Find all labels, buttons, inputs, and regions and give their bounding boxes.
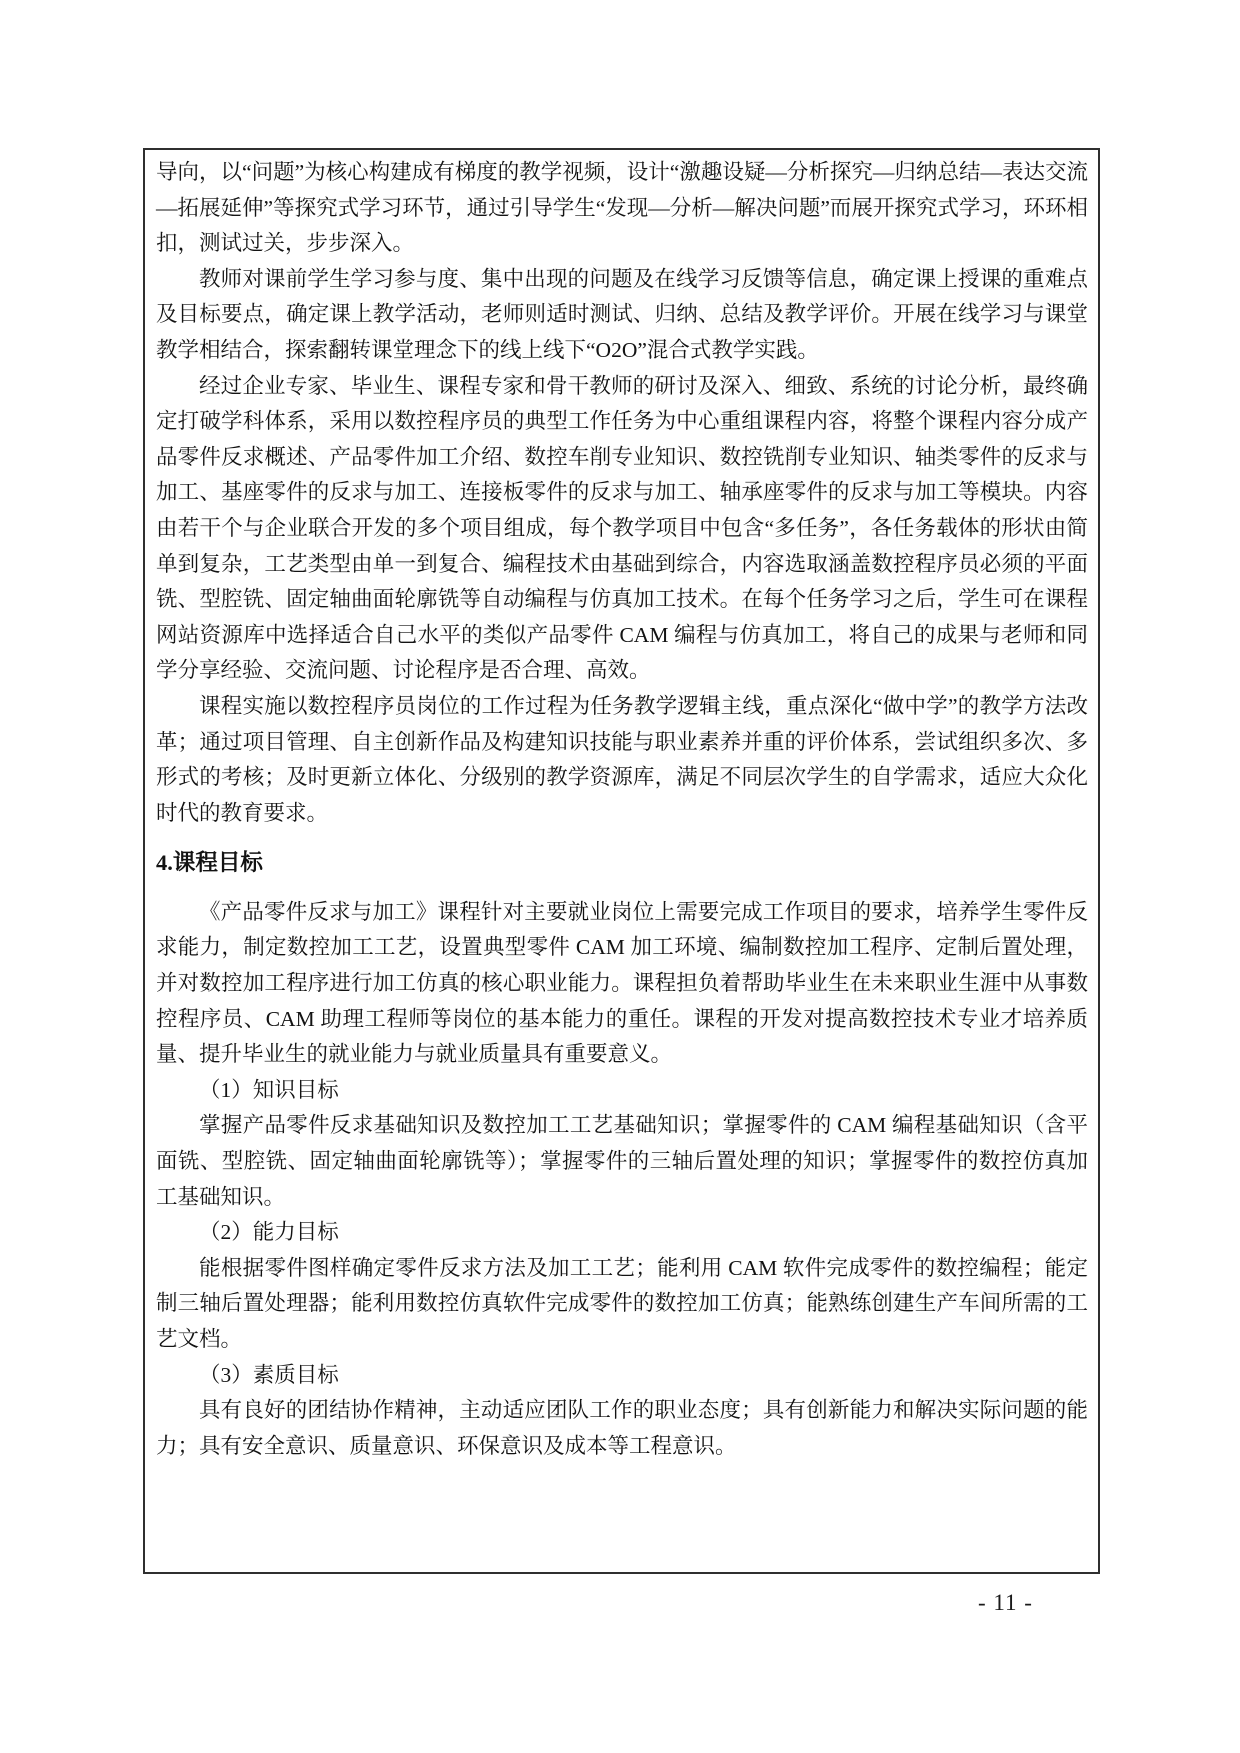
objective-subheading-knowledge: （1）知识目标 [156, 1073, 1088, 1109]
content-border-box: 导向，以“问题”为核心构建成有梯度的教学视频，设计“激趣设疑—分析探究—归纳总结… [143, 148, 1100, 1574]
paragraph: 《产品零件反求与加工》课程针对主要就业岗位上需要完成工作项目的要求，培养学生零件… [156, 895, 1088, 1073]
paragraph: 能根据零件图样确定零件反求方法及加工工艺；能利用 CAM 软件完成零件的数控编程… [156, 1251, 1088, 1358]
objective-subheading-quality: （3）素质目标 [156, 1358, 1088, 1394]
page-number: - 11 - [978, 1590, 1033, 1616]
paragraph: 经过企业专家、毕业生、课程专家和骨干教师的研讨及深入、细致、系统的讨论分析，最终… [156, 369, 1088, 689]
section-heading: 4.课程目标 [156, 845, 1088, 881]
objective-subheading-ability: （2）能力目标 [156, 1215, 1088, 1251]
paragraph-continued: 导向，以“问题”为核心构建成有梯度的教学视频，设计“激趣设疑—分析探究—归纳总结… [156, 155, 1088, 262]
paragraph: 课程实施以数控程序员岗位的工作过程为任务教学逻辑主线，重点深化“做中学”的教学方… [156, 689, 1088, 831]
paragraph: 具有良好的团结协作精神，主动适应团队工作的职业态度；具有创新能力和解决实际问题的… [156, 1393, 1088, 1464]
paragraph: 掌握产品零件反求基础知识及数控加工工艺基础知识；掌握零件的 CAM 编程基础知识… [156, 1108, 1088, 1215]
document-page: { "colors": { "background": "#ffffff", "… [0, 0, 1240, 1753]
paragraph: 教师对课前学生学习参与度、集中出现的问题及在线学习反馈等信息，确定课上授课的重难… [156, 262, 1088, 369]
